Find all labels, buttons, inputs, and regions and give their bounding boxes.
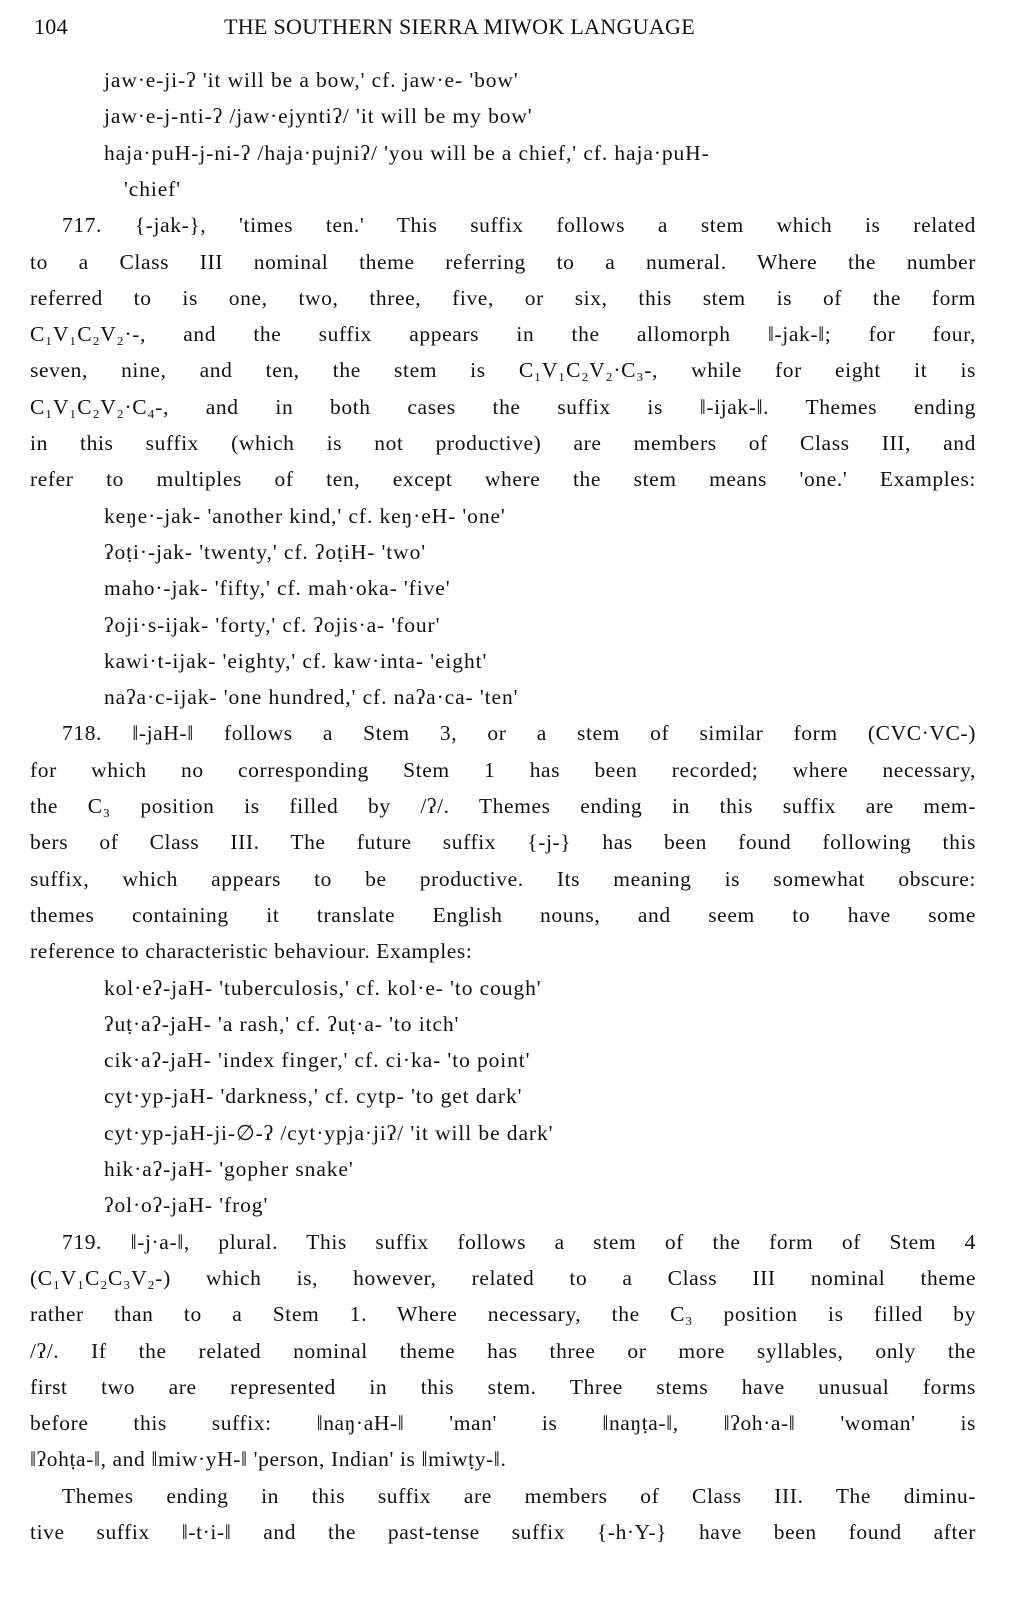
text-line: before this suffix: ‖naŋ·aH-‖ 'man' is ‖…	[30, 1409, 976, 1437]
text-line: Themes ending in this suffix are members…	[62, 1482, 976, 1510]
text-line: 719. ‖-j·a-‖, plural. This suffix follow…	[62, 1228, 976, 1256]
example-line: ʔuṭ·aʔ-jaH- 'a rash,' cf. ʔuṭ·a- 'to itc…	[104, 1010, 459, 1038]
text-line: seven, nine, and ten, the stem is C₁V₁C₂…	[30, 356, 976, 384]
page-header: 104 THE SOUTHERN SIERRA MIWOK LANGUAGE	[34, 14, 794, 44]
text-line: C₁V₁C₂V₂·C₄-, and in both cases the suff…	[30, 393, 976, 421]
page-number: 104	[34, 14, 68, 40]
text-line: in this suffix (which is not productive)…	[30, 429, 976, 457]
example-line: 'chief'	[124, 175, 181, 203]
text-line: first two are represented in this stem. …	[30, 1373, 976, 1401]
text-line: /ʔ/. If the related nominal theme has th…	[30, 1337, 976, 1365]
running-title: THE SOUTHERN SIERRA MIWOK LANGUAGE	[224, 14, 695, 40]
text-line: 718. ‖-jaH-‖ follows a Stem 3, or a stem…	[62, 719, 976, 747]
text-line: for which no corresponding Stem 1 has be…	[30, 756, 976, 784]
example-line: keŋe·-jak- 'another kind,' cf. keŋ·eH- '…	[104, 502, 506, 530]
text-line: themes containing it translate English n…	[30, 901, 976, 929]
example-line: ʔoṭi·-jak- 'twenty,' cf. ʔoṭiH- 'two'	[104, 538, 426, 566]
text-line: bers of Class III. The future suffix {-j…	[30, 828, 976, 856]
text-line: the C₃ position is filled by /ʔ/. Themes…	[30, 792, 976, 820]
text-line: referred to is one, two, three, five, or…	[30, 284, 976, 312]
example-line: kol·eʔ-jaH- 'tuberculosis,' cf. kol·e- '…	[104, 974, 542, 1002]
example-line: jaw·e-ji-ʔ 'it will be a bow,' cf. jaw·e…	[104, 66, 519, 94]
text-line: refer to multiples of ten, except where …	[30, 465, 976, 493]
example-line: cyt·yp-jaH-ji-∅-ʔ /cyt·ypja·jiʔ/ 'it wil…	[104, 1119, 553, 1147]
text-line: tive suffix ‖-t·i-‖ and the past-tense s…	[30, 1518, 976, 1546]
example-line: maho·-jak- 'fifty,' cf. mah·oka- 'five'	[104, 574, 450, 602]
example-line: jaw·e-j-nti-ʔ /jaw·ejyntiʔ/ 'it will be …	[104, 102, 533, 130]
text-line: reference to characteristic behaviour. E…	[30, 937, 472, 965]
example-line: hik·aʔ-jaH- 'gopher snake'	[104, 1155, 354, 1183]
text-line: 717. {-jak-}, 'times ten.' This suffix f…	[62, 211, 976, 239]
example-line: haja·puH-j-ni-ʔ /haja·pujniʔ/ 'you will …	[104, 139, 710, 167]
example-line: naʔa·c-ijak- 'one hundred,' cf. naʔa·ca-…	[104, 683, 518, 711]
example-line: ʔoji·s-ijak- 'forty,' cf. ʔojis·a- 'four…	[104, 611, 440, 639]
text-line: C₁V₁C₂V₂·-, and the suffix appears in th…	[30, 320, 976, 348]
example-line: ʔol·oʔ-jaH- 'frog'	[104, 1191, 268, 1219]
example-line: cik·aʔ-jaH- 'index finger,' cf. ci·ka- '…	[104, 1046, 530, 1074]
text-line: suffix, which appears to be productive. …	[30, 865, 976, 893]
text-line: ‖ʔohṭa-‖, and ‖miw·yH-‖ 'person, Indian'…	[30, 1445, 506, 1473]
text-line: (C₁V₁C₂C₃V₂-) which is, however, related…	[30, 1264, 976, 1292]
text-line: to a Class III nominal theme referring t…	[30, 248, 976, 276]
example-line: kawi·t-ijak- 'eighty,' cf. kaw·inta- 'ei…	[104, 647, 487, 675]
example-line: cyt·yp-jaH- 'darkness,' cf. cytp- 'to ge…	[104, 1082, 522, 1110]
document-page: 104 THE SOUTHERN SIERRA MIWOK LANGUAGE j…	[0, 0, 1020, 1623]
text-line: rather than to a Stem 1. Where necessary…	[30, 1300, 976, 1328]
